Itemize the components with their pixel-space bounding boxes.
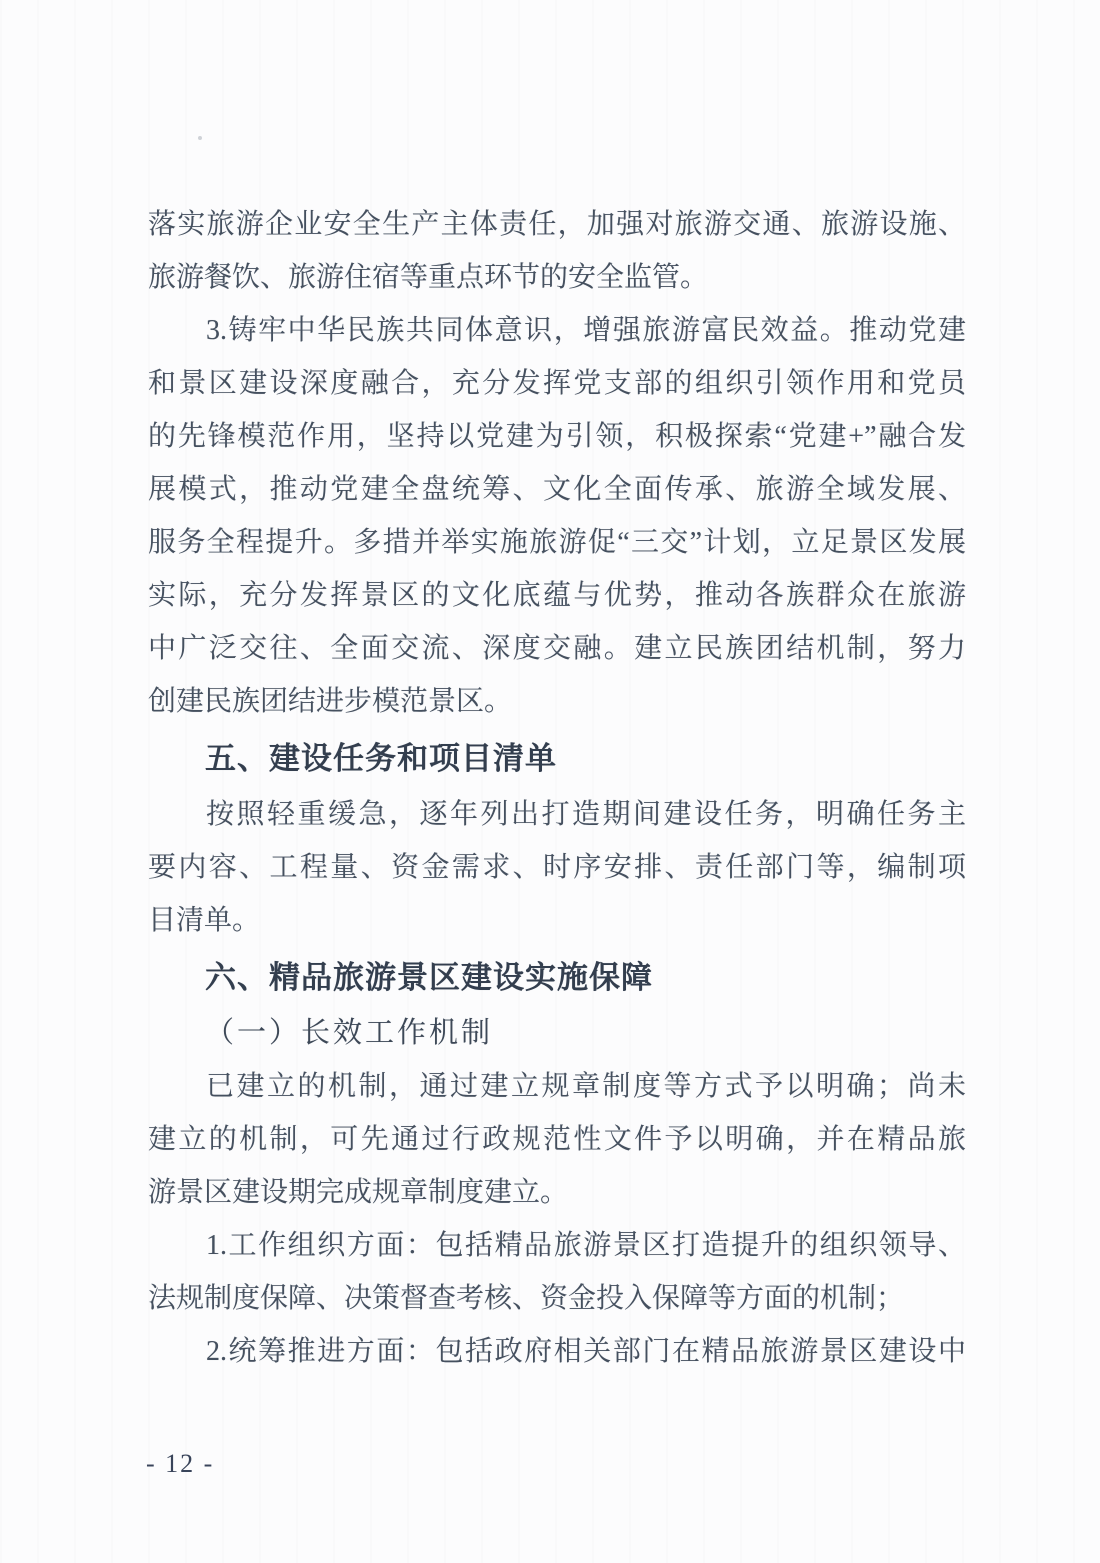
document-line: 和景区建设深度融合，充分发挥党支部的组织引领作用和党员 xyxy=(148,357,966,410)
paragraph-task-list: 按照轻重缓急，逐年列出打造期间建设任务，明确任务主 要内容、工程量、资金需求、时… xyxy=(148,788,966,947)
paragraph-mechanism: 已建立的机制，通过建立规章制度等方式予以明确；尚未 建立的机制，可先通过行政规范… xyxy=(148,1060,966,1219)
document-body: 落实旅游企业安全生产主体责任，加强对旅游交通、旅游设施、 旅游餐饮、旅游住宿等重… xyxy=(148,198,966,1378)
document-line: 展模式，推动党建全盘统筹、文化全面传承、旅游全域发展、 xyxy=(148,463,966,516)
document-line: 的先锋模范作用，坚持以党建为引领，积极探索“党建+”融合发 xyxy=(148,410,966,463)
section-heading-6: 六、精品旅游景区建设实施保障 xyxy=(148,951,966,1004)
document-line: 目清单。 xyxy=(148,894,966,947)
paragraph-coordination: 2.统筹推进方面：包括政府相关部门在精品旅游景区建设中 xyxy=(148,1325,966,1378)
paragraph-ethnic-unity: 3.铸牢中华民族共同体意识，增强旅游富民效益。推动党建 和景区建设深度融合，充分… xyxy=(148,304,966,728)
subsection-heading-1: （一）长效工作机制 xyxy=(148,1007,966,1060)
document-line: 中广泛交往、全面交流、深度交融。建立民族团结机制，努力 xyxy=(148,622,966,675)
document-line: 落实旅游企业安全生产主体责任，加强对旅游交通、旅游设施、 xyxy=(148,198,966,251)
document-page: 落实旅游企业安全生产主体责任，加强对旅游交通、旅游设施、 旅游餐饮、旅游住宿等重… xyxy=(0,0,1100,1563)
document-line: 旅游餐饮、旅游住宿等重点环节的安全监管。 xyxy=(148,251,966,304)
document-line: 服务全程提升。多措并举实施旅游促“三交”计划，立足景区发展 xyxy=(148,516,966,569)
document-line: 游景区建设期完成规章制度建立。 xyxy=(148,1166,966,1219)
section-heading-5: 五、建设任务和项目清单 xyxy=(148,732,966,785)
document-line: 创建民族团结进步模范景区。 xyxy=(148,675,966,728)
paragraph-work-organization: 1.工作组织方面：包括精品旅游景区打造提升的组织领导、 法规制度保障、决策督查考… xyxy=(148,1219,966,1325)
paragraph-safety-supervision: 落实旅游企业安全生产主体责任，加强对旅游交通、旅游设施、 旅游餐饮、旅游住宿等重… xyxy=(148,198,966,304)
document-line: 2.统筹推进方面：包括政府相关部门在精品旅游景区建设中 xyxy=(148,1325,966,1378)
document-line: 3.铸牢中华民族共同体意识，增强旅游富民效益。推动党建 xyxy=(148,304,966,357)
page-number: - 12 - xyxy=(146,1449,214,1479)
document-line: 实际，充分发挥景区的文化底蕴与优势，推动各族群众在旅游 xyxy=(148,569,966,622)
scan-artifact-dot xyxy=(198,136,202,140)
document-line: 建立的机制，可先通过行政规范性文件予以明确，并在精品旅 xyxy=(148,1113,966,1166)
document-line: 按照轻重缓急，逐年列出打造期间建设任务，明确任务主 xyxy=(148,788,966,841)
document-line: 要内容、工程量、资金需求、时序安排、责任部门等，编制项 xyxy=(148,841,966,894)
document-line: 已建立的机制，通过建立规章制度等方式予以明确；尚未 xyxy=(148,1060,966,1113)
document-line: 1.工作组织方面：包括精品旅游景区打造提升的组织领导、 xyxy=(148,1219,966,1272)
document-line: 法规制度保障、决策督查考核、资金投入保障等方面的机制； xyxy=(148,1272,966,1325)
